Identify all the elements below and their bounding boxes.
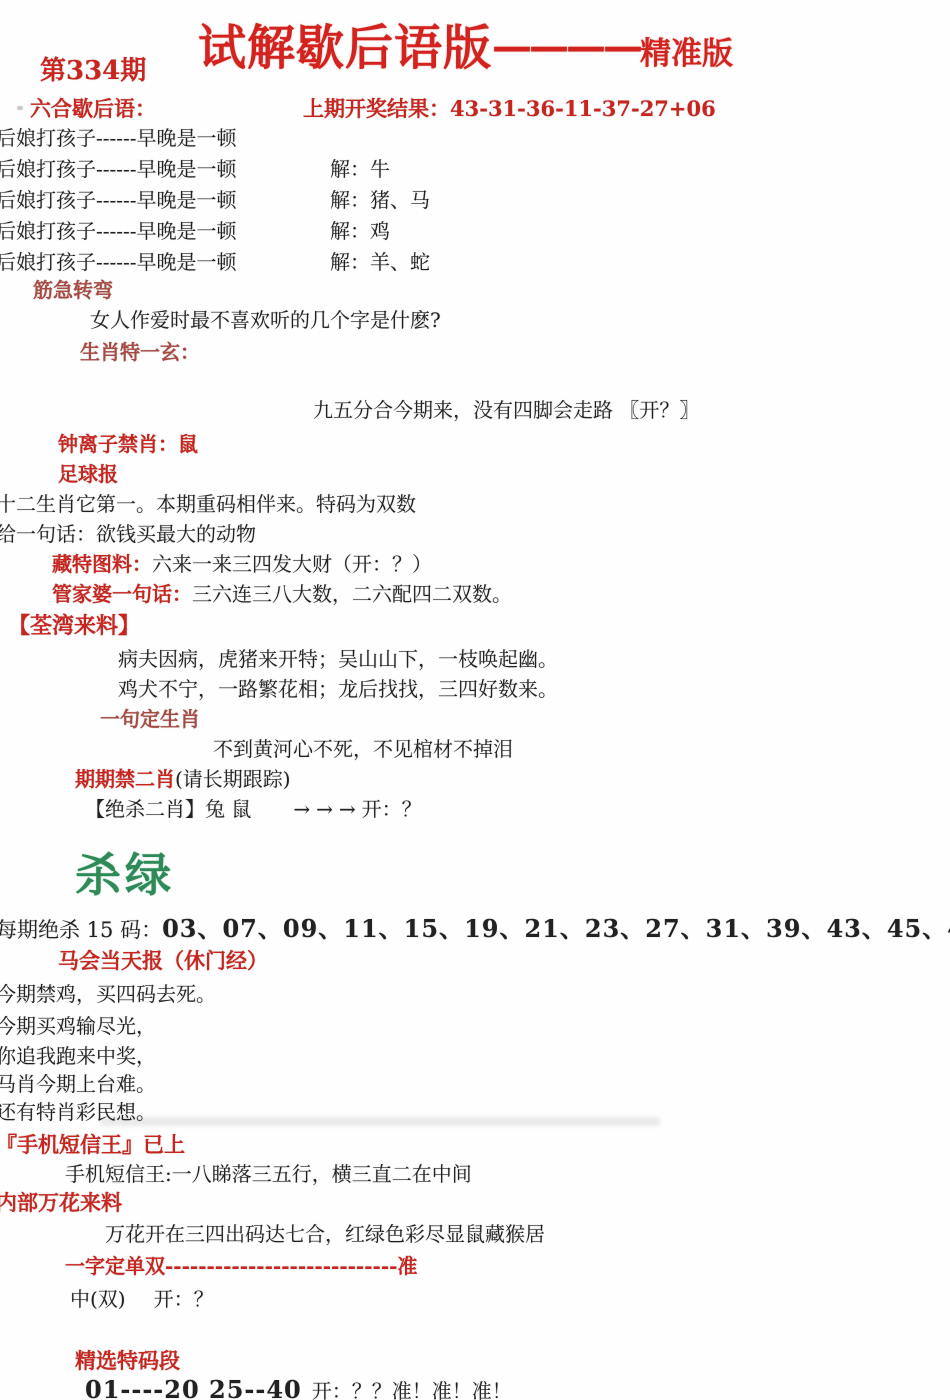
riddle-row: 后娘打孩子------早晚是一顿 解：鸡 — [0, 219, 950, 245]
kill-15-numbers: 03、07、09、11、15、19、21、23、27、31、39、43、45、4… — [162, 914, 950, 943]
last-draw-numbers: 43-31-36-11-37-27+06 — [450, 96, 716, 121]
football-report-line2: 给一句话：欲钱买最大的动物 — [0, 522, 256, 546]
housekeeper-line: 管家婆一句话：三六连三八大数，二六配四二双数。 — [52, 582, 512, 606]
zodiac-special-hint: 九五分合今期来，没有四脚会走路 〖开？〗 — [313, 398, 699, 422]
riddle-row: 后娘打孩子------早晚是一顿 解：牛 — [0, 157, 950, 183]
kill-15-label: 每期绝杀 15 码： — [0, 918, 162, 942]
special-segment-range: 01----20 25--40 — [85, 1375, 302, 1400]
football-report-line1: 十二生肖它第一。本期重码相伴来。特码为双数 — [0, 492, 416, 516]
single-double-header: 一字定单双----------------------------准 — [65, 1254, 417, 1278]
brainteaser-label: 筋急转弯 — [33, 278, 113, 302]
last-draw-result: 上期开奖结果：43-31-36-11-37-27+06 — [303, 96, 716, 121]
riddle-verse: 后娘打孩子------早晚是一顿 — [0, 157, 237, 181]
ban-two-label: 期期禁二肖 — [75, 767, 175, 791]
riddle-row: 后娘打孩子------早晚是一顿 — [0, 126, 950, 152]
riddle-verse: 后娘打孩子------早晚是一顿 — [0, 126, 237, 150]
tsuenwan-line2: 鸡犬不宁，一路繁花相；龙后找找，三四好数来。 — [118, 677, 558, 701]
kill-two-line: 【绝杀二肖】兔 鼠→→→开：？ — [85, 797, 422, 821]
special-segment-open: 开：？？准！准！准！ — [312, 1379, 512, 1400]
riddle-answer: 解：牛 — [330, 157, 390, 181]
last-draw-label: 上期开奖结果： — [303, 96, 450, 121]
ban-two-note: (请长期跟踪) — [175, 767, 291, 791]
brainteaser-question: 女人作爱时最不喜欢听的几个字是什麽? — [90, 308, 441, 332]
housekeeper-text: 三六连三八大数，二六配四二双数。 — [192, 582, 512, 606]
riddle-row: 后娘打孩子------早晚是一顿 解：羊、蛇 — [0, 250, 950, 276]
page-title-dash: ———— — [492, 23, 640, 70]
daily-report-label: 马会当天报（休门经） — [58, 948, 268, 973]
daily-report-line: 今期禁鸡，买四码去死。 — [0, 982, 216, 1006]
kill-two-value: 兔 鼠 — [205, 797, 251, 821]
ban-two-line: 期期禁二肖(请长期跟踪) — [75, 767, 291, 791]
riddle-answer: 解：羊、蛇 — [330, 250, 430, 274]
arrows-glyphs: →→→ — [293, 797, 361, 821]
special-segment-label: 精选特码段 — [75, 1348, 180, 1373]
hidden-special-text: 六来一来三四发大财（开：？） — [152, 552, 432, 576]
lottery-tip-sheet-page: 试解歇后语版————精准版 第334期 六合歇后语： 上期开奖结果：43-31-… — [0, 0, 950, 1400]
kill-two-label: 【绝杀二肖】 — [85, 797, 205, 821]
zodiac-special-label: 生肖特一玄： — [80, 340, 200, 364]
issue-number: 第334期 — [40, 56, 146, 87]
riddle-answer: 解：鸡 — [330, 219, 390, 243]
housekeeper-label: 管家婆一句话： — [52, 582, 192, 606]
hidden-special-line: 藏特图料：六来一来三四发大财（开：？） — [52, 552, 432, 576]
daily-report-line: 马肖今期上台难。 — [0, 1072, 156, 1096]
tsuenwan-line1: 病夫因病，虎猪来开特；吴山山下，一枝唤起幽。 — [118, 647, 558, 671]
internal-flower-label: 内部万花来料 — [0, 1190, 122, 1215]
single-double-result: 中(双)开：？ — [70, 1287, 214, 1311]
section-liuhe-label: 六合歇后语： — [30, 96, 156, 121]
single-double-label: 一字定单双 — [65, 1254, 165, 1278]
scan-dot-artifact — [17, 106, 23, 110]
riddle-answer: 解：猪、马 — [330, 188, 430, 212]
riddle-verse: 后娘打孩子------早晚是一顿 — [0, 250, 237, 274]
internal-flower-text: 万花开在三四出码达七合，红绿色彩尽显鼠藏猴居 — [105, 1222, 545, 1246]
kill-green-heading: 杀绿 — [75, 848, 175, 903]
daily-report-line: 今期买鸡输尽光， — [0, 1014, 156, 1038]
riddle-verse: 后娘打孩子------早晚是一顿 — [0, 188, 237, 212]
forbidden-zodiac-line: 钟离子禁肖：鼠 — [58, 432, 198, 456]
single-double-suffix: 准 — [397, 1254, 417, 1278]
page-title-main: 试解歇后语版 — [198, 20, 492, 76]
page-title-suffix: 精准版 — [640, 36, 733, 72]
one-sentence-text: 不到黄河心不死，不见棺材不掉泪 — [213, 737, 513, 761]
single-double-value: 中(双) — [70, 1287, 126, 1311]
single-double-open: 开：？ — [154, 1287, 214, 1311]
football-report-label: 足球报 — [58, 462, 118, 486]
scan-smudge-artifact — [100, 1117, 660, 1126]
hidden-special-label: 藏特图料： — [52, 552, 152, 576]
single-double-dashes: ---------------------------- — [165, 1254, 397, 1278]
sms-king-text: 手机短信王:一八睇落三五行，横三直二在中间 — [65, 1162, 472, 1186]
riddle-row: 后娘打孩子------早晚是一顿 解：猪、马 — [0, 188, 950, 214]
page-title: 试解歇后语版————精准版 — [198, 20, 733, 78]
riddle-verse: 后娘打孩子------早晚是一顿 — [0, 219, 237, 243]
sms-king-label: 『手机短信王』已上 — [0, 1132, 185, 1157]
one-sentence-label: 一句定生肖 — [100, 707, 200, 731]
kill-15-line: 每期绝杀 15 码：03、07、09、11、15、19、21、23、27、31、… — [0, 915, 950, 944]
daily-report-line: 你追我跑来中奖， — [0, 1044, 156, 1068]
special-segment-line: 01----20 25--40开：？？准！准！准！ — [85, 1376, 512, 1400]
tsuenwan-label: 【荃湾来料】 — [8, 613, 140, 639]
kill-two-open: 开：？ — [362, 797, 422, 821]
